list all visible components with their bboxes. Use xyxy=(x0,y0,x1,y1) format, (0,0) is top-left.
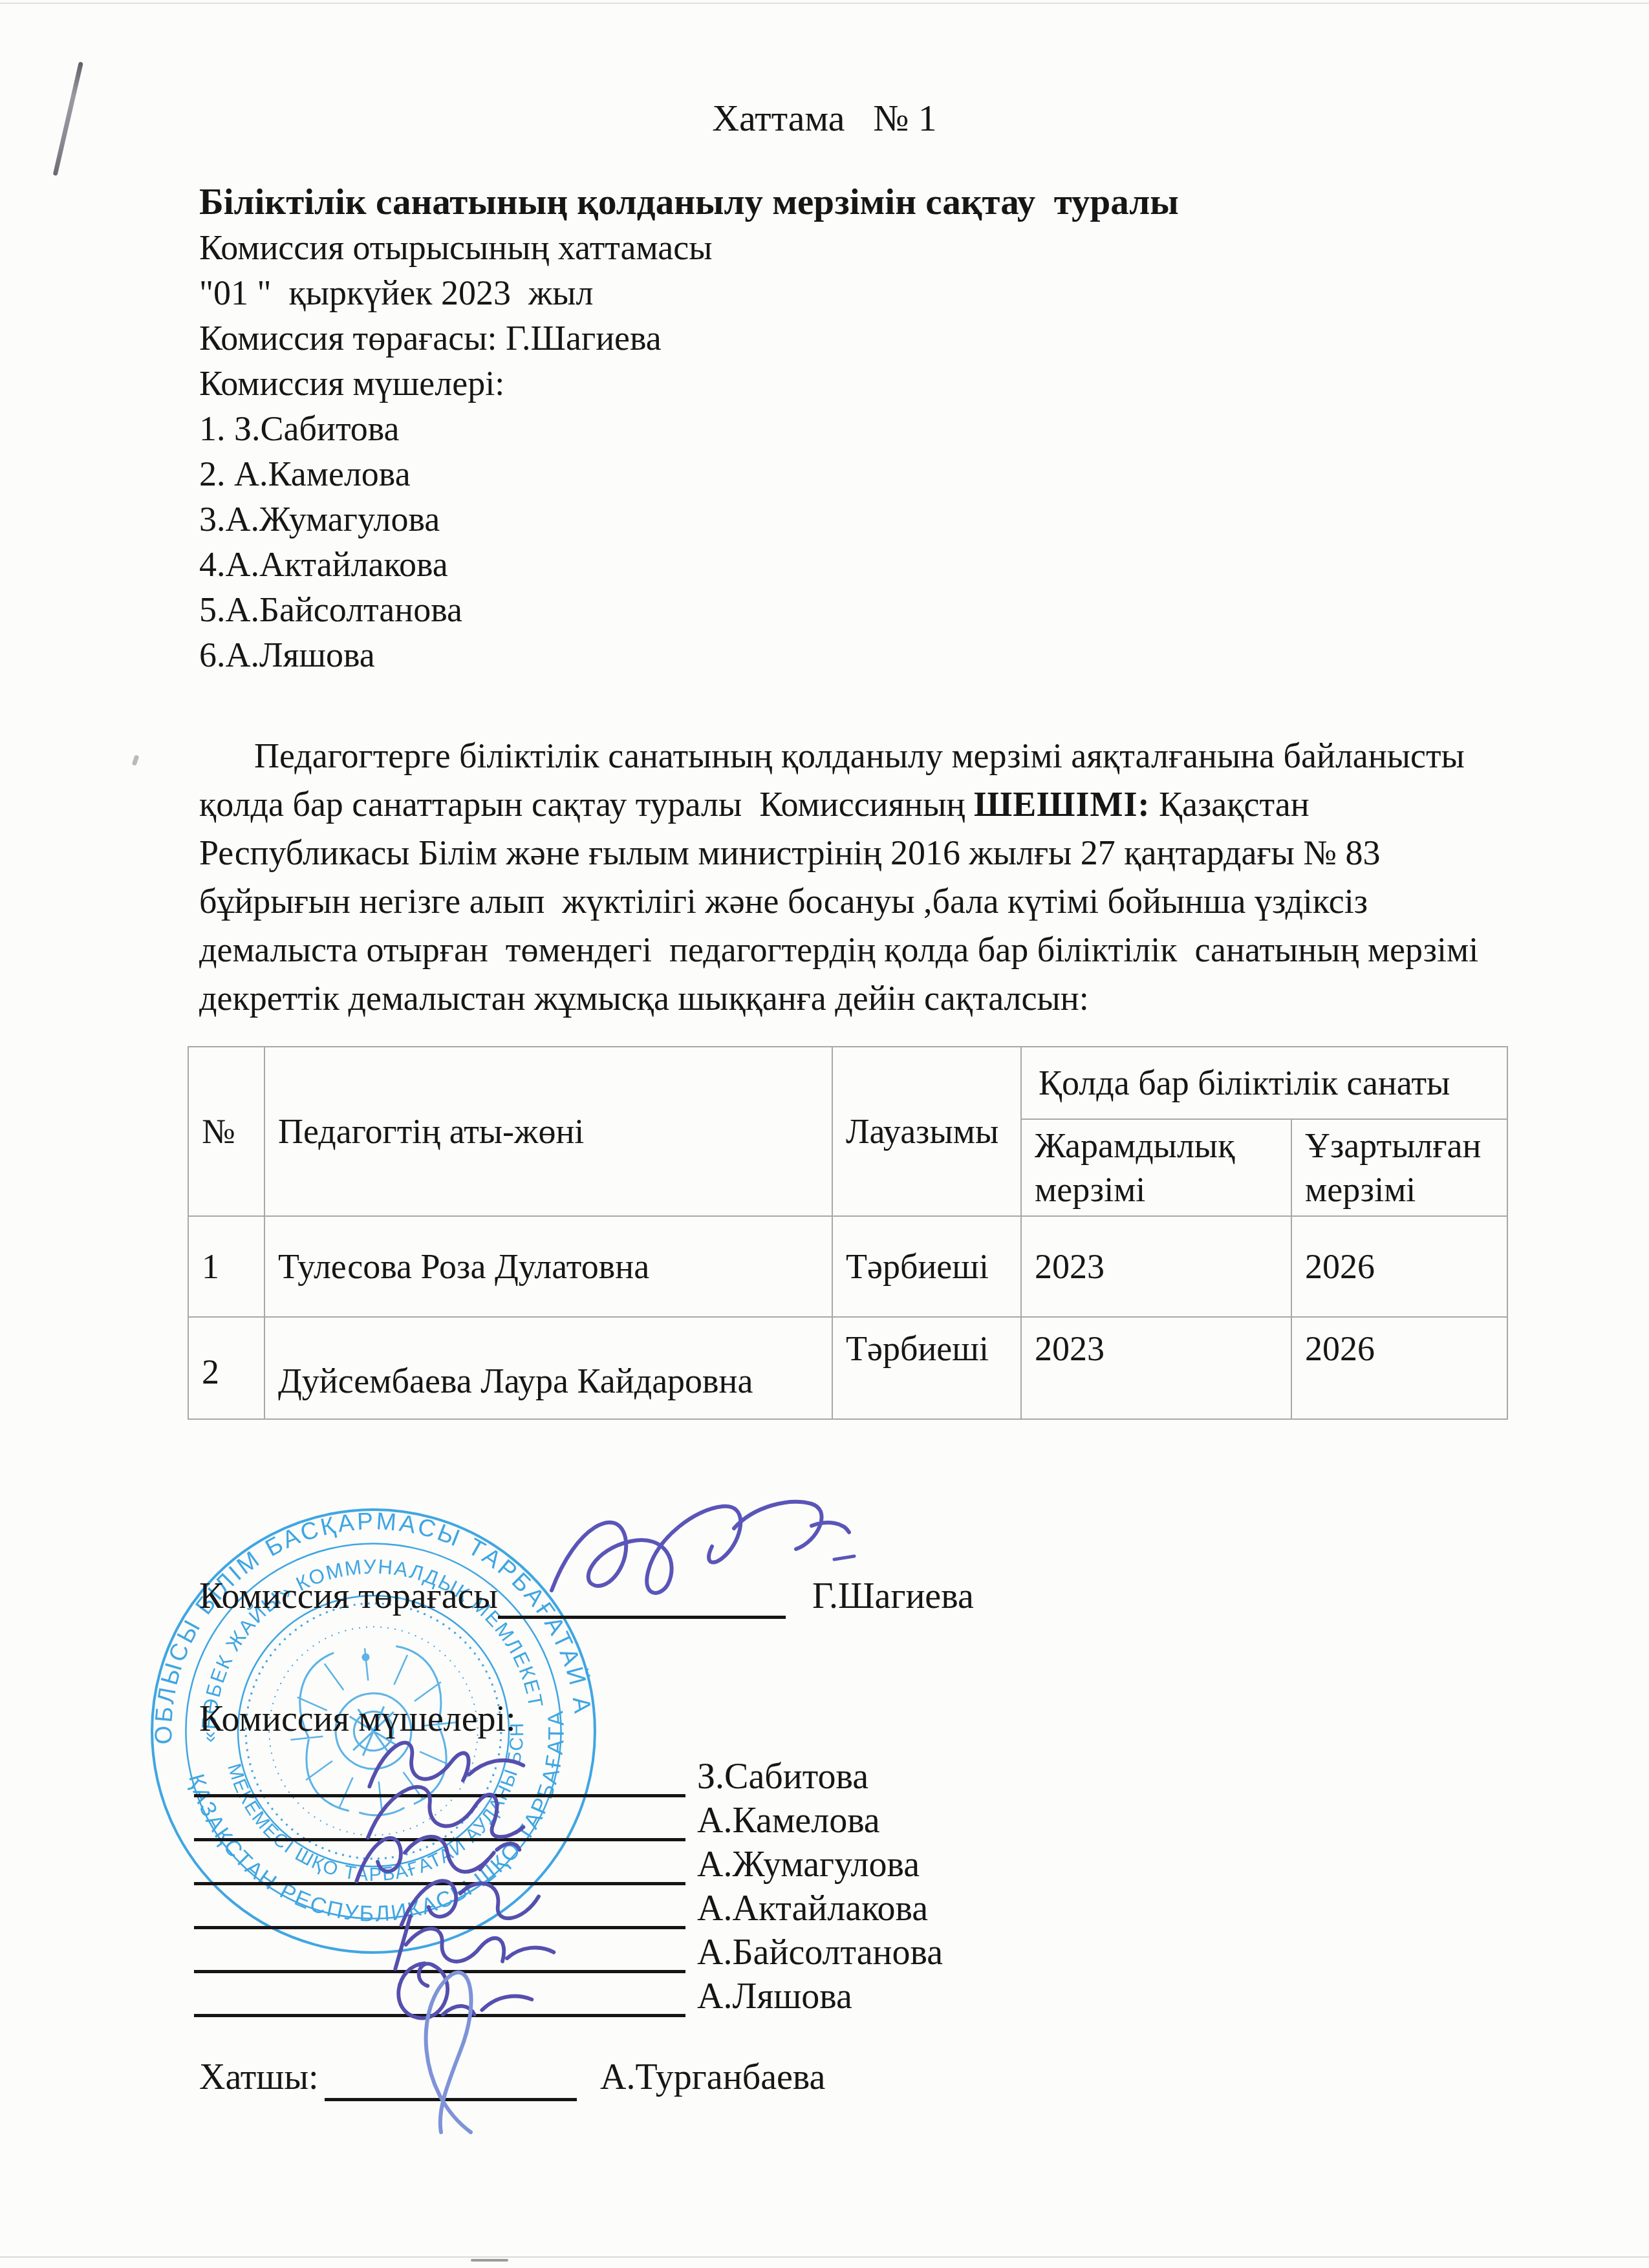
meta-line-chairman: Комиссия төрағасы: Г.Шагиева xyxy=(199,316,1510,361)
chairman-signature-line xyxy=(498,1576,786,1619)
chairman-name: Г.Шагиева xyxy=(812,1574,974,1619)
cell-extended: 2026 xyxy=(1291,1317,1507,1419)
header-cell-extended: Ұзартылған мерзімі xyxy=(1291,1119,1507,1216)
meta-line-protocol: Комиссия отырысының хаттамасы xyxy=(199,225,1510,270)
commission-members-label: Комиссия мүшелері: xyxy=(199,1696,516,1742)
scan-edge-mark xyxy=(471,2259,508,2262)
member-list-item: 2. А.Камелова xyxy=(199,451,1510,497)
meta-line-date: "01 " қыркүйек 2023 жыл xyxy=(199,270,1510,316)
member-list-item: 6.А.Ляшова xyxy=(199,632,1510,678)
header-cell-name: Педагогтің аты-жөні xyxy=(264,1047,832,1216)
document-title: Хаттама № 1 xyxy=(0,0,1649,141)
document-heading: Біліктілік санатының қолданылу мерзімін … xyxy=(199,180,1510,225)
meta-line-members: Комиссия мүшелері: xyxy=(199,361,1510,406)
decision-word-bold: ШЕШІМІ: xyxy=(974,785,1150,824)
cell-position: Тәрбиеші xyxy=(832,1317,1021,1419)
table-row: 1 Тулесова Роза Дулатовна Тәрбиеші 2023 … xyxy=(188,1216,1507,1317)
document-body: Біліктілік санатының қолданылу мерзімін … xyxy=(199,180,1510,1420)
cell-name: Дуйсембаева Лаура Кайдаровна xyxy=(264,1317,832,1419)
header-cell-num: № xyxy=(188,1047,264,1216)
table-row: 2 Дуйсембаева Лаура Кайдаровна Тәрбиеші … xyxy=(188,1317,1507,1419)
chairman-label: Комиссия төрағасы xyxy=(199,1574,498,1619)
cell-num: 2 xyxy=(188,1317,264,1419)
member-signature-row: А.Ляшова xyxy=(194,1959,852,2017)
secretary-name: А.Турганбаева xyxy=(600,2055,825,2100)
member-list-item: 5.А.Байсолтанова xyxy=(199,587,1510,632)
qualification-table: № Педагогтің аты-жөні Лауазымы Қолда бар… xyxy=(188,1046,1508,1420)
decision-paragraph: Педагогтерге біліктілік санатының қолдан… xyxy=(199,732,1510,1023)
signature-line xyxy=(194,1959,685,2017)
cell-validity: 2023 xyxy=(1021,1216,1291,1317)
scan-edge-top xyxy=(0,3,1649,4)
member-list-item: 1. З.Сабитова xyxy=(199,406,1510,451)
secretary-signature-line xyxy=(325,2059,577,2101)
cell-name: Тулесова Роза Дулатовна xyxy=(264,1216,832,1317)
scan-edge-bottom xyxy=(0,2256,1649,2258)
secretary-label: Хатшы: xyxy=(199,2055,319,2100)
header-cell-position: Лауазымы xyxy=(832,1047,1021,1216)
cell-validity: 2023 xyxy=(1021,1317,1291,1419)
cell-position: Тәрбиеші xyxy=(832,1216,1021,1317)
header-cell-validity: Жарамдылық мерзімі xyxy=(1021,1119,1291,1216)
member-list-item: 4.А.Актайлакова xyxy=(199,542,1510,587)
header-cell-group: Қолда бар біліктілік санаты xyxy=(1021,1047,1507,1119)
cell-extended: 2026 xyxy=(1291,1216,1507,1317)
scanned-protocol-page: Хаттама № 1 Біліктілік санатының қолданы… xyxy=(0,0,1649,2268)
cell-num: 1 xyxy=(188,1216,264,1317)
scan-speck xyxy=(132,754,140,765)
member-name: А.Ляшова xyxy=(697,1976,852,2017)
member-list-item: 3.А.Жумагулова xyxy=(199,497,1510,542)
table-header-row: № Педагогтің аты-жөні Лауазымы Қолда бар… xyxy=(188,1047,1507,1119)
